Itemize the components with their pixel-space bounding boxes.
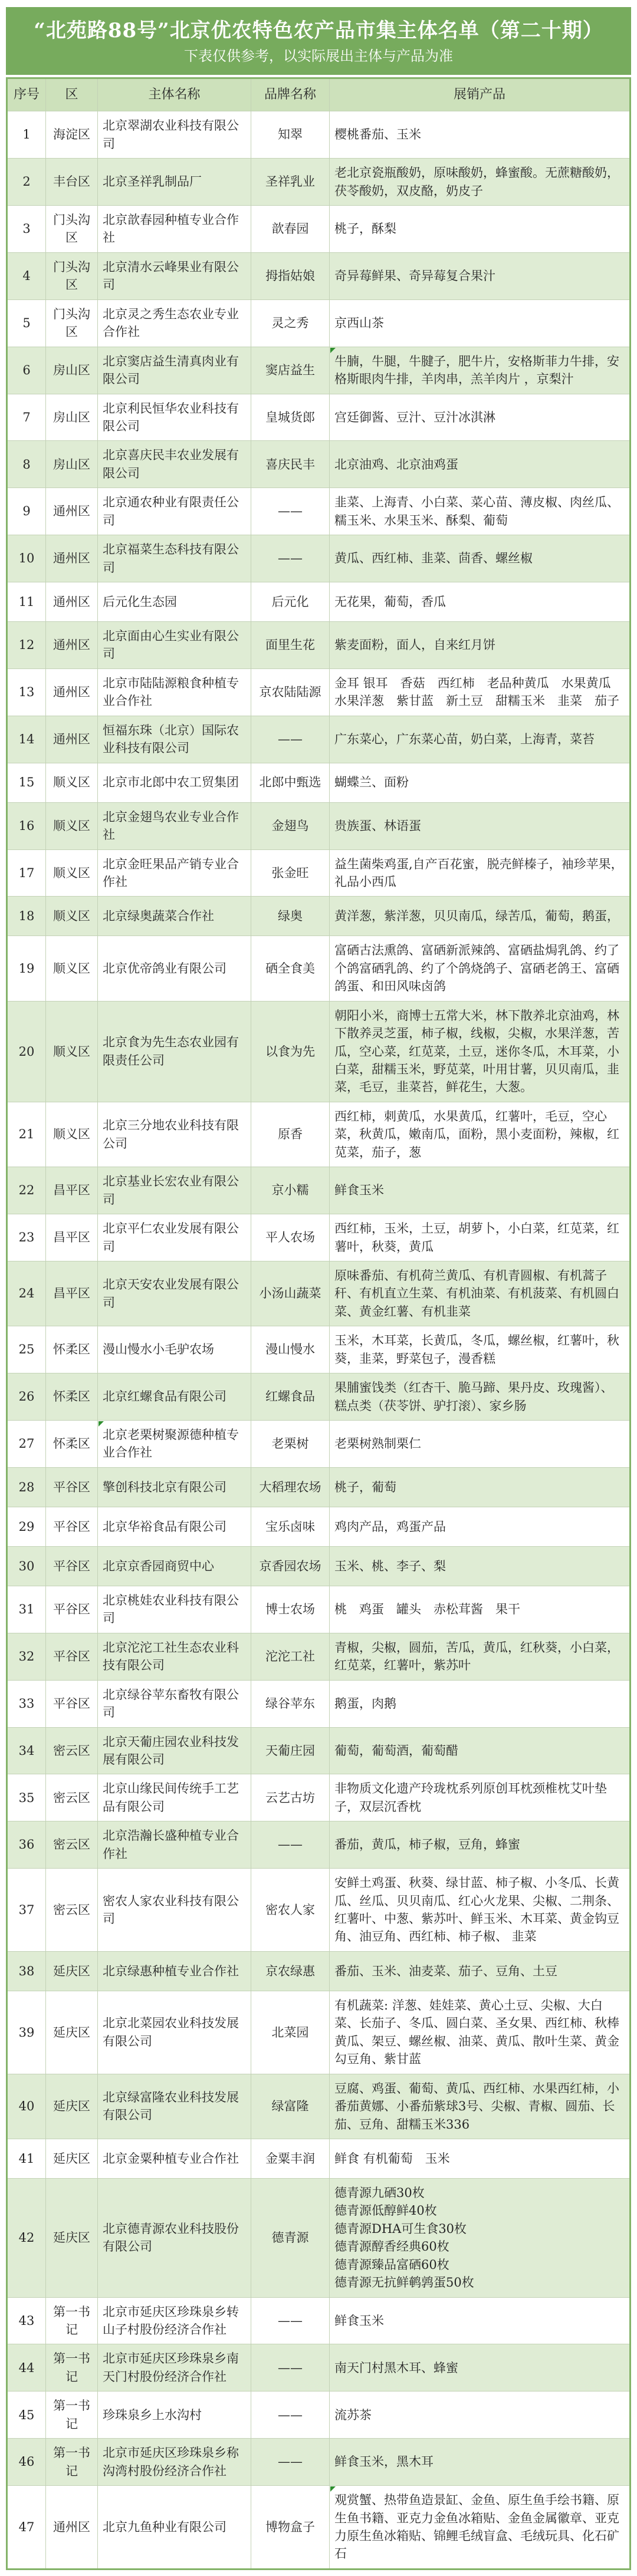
header-row: 序号 区 主体名称 品牌名称 展销产品 [7,78,631,111]
brand-name-cell: 漫山慢水 [251,1326,330,1373]
brand-name-cell: —— [251,2439,330,2486]
products-cell: 德青源九硒30枚 德青源低醇鲜40枚 德青源DHA可生食30枚 德青源醇香经典6… [330,2178,631,2297]
district-cell: 门头沟区 [46,206,98,253]
table-row: 39延庆区北京北菜园农业科技发展有限公司北菜园有机蔬菜: 洋葱、娃娃菜、黄心土豆… [7,1991,631,2074]
table-row: 12通州区北京面由心生实业有限公司面里生花紫麦面粉，面人，自来红月饼 [7,622,631,669]
row-number-cell: 31 [7,1586,46,1633]
page-subtitle: 下表仅供参考，以实际展出主体与产品为准 [11,47,626,65]
row-number-cell: 6 [7,347,46,394]
products-cell: 无花果，葡萄，香瓜 [330,582,631,622]
brand-name-cell: 老栗树 [251,1421,330,1468]
products-cell: 鲜食玉米，黑木耳 [330,2439,631,2486]
products-cell: 葡萄，葡萄酒，葡萄醋 [330,1727,631,1774]
products-cell: 广东菜心，广东菜心苗，奶白菜，上海青，菜苔 [330,716,631,763]
entity-name-cell: 北京福菜生态科技有限公司 [98,535,251,582]
district-cell: 第一书记 [46,2344,98,2391]
page: “北苑路88号”北京优农特色农产品市集主体名单（第二十期） 下表仅供参考，以实际… [0,0,637,2576]
products-cell: 老北京瓷瓶酸奶，原味酸奶，蜂蜜酸。无蔗糖酸奶，茯苓酸奶，双皮酪，奶皮子 [330,159,631,206]
products-cell: 鲜食 有机葡萄 玉米 [330,2139,631,2178]
entity-name-cell: 北京市延庆区珍珠泉乡转山子村股份经济合作社 [98,2297,251,2344]
district-cell: 密云区 [46,1774,98,1821]
products-cell: 鲜食玉米 [330,1167,631,1214]
district-cell: 延庆区 [46,2178,98,2297]
page-title: “北苑路88号”北京优农特色农产品市集主体名单（第二十期） [11,18,626,44]
row-number-cell: 7 [7,394,46,441]
district-cell: 通州区 [46,668,98,716]
row-number-cell: 11 [7,582,46,622]
comment-flag-icon [98,1421,104,1427]
brand-name-cell: 灵之秀 [251,299,330,347]
district-cell: 通州区 [46,716,98,763]
district-cell: 通州区 [46,582,98,622]
entity-name-cell: 北京金翅鸟农业专业合作社 [98,802,251,849]
products-cell: 宫廷御酱、豆汁、豆汁冰淇淋 [330,394,631,441]
district-cell: 顺义区 [46,1001,98,1102]
row-number-cell: 5 [7,299,46,347]
products-cell: 朝阳小米，商博士五常大米，林下散养北京油鸡，林下散养灵芝蛋，柿子椒，线椒，尖椒，… [330,1001,631,1102]
brand-name-cell: 绿谷苹东 [251,1680,330,1727]
products-cell: 牛腩，牛腿，牛腱子，肥牛片，安格斯菲力牛排，安格斯眼肉牛排，羊肉串，羔羊肉片 ，… [330,347,631,394]
table-row: 15顺义区北京市北郎中农工贸集团北郎中甄选蝴蝶兰、面粉 [7,763,631,802]
brand-name-cell: 绿富隆 [251,2074,330,2139]
district-cell: 顺义区 [46,897,98,936]
products-cell: 鲜食玉米 [330,2297,631,2344]
row-number-cell: 41 [7,2139,46,2178]
district-cell: 通州区 [46,622,98,669]
row-number-cell: 43 [7,2297,46,2344]
products-cell: 紫麦面粉，面人，自来红月饼 [330,622,631,669]
row-number-cell: 32 [7,1633,46,1680]
row-number-cell: 34 [7,1727,46,1774]
district-cell: 平谷区 [46,1633,98,1680]
row-number-cell: 3 [7,206,46,253]
row-number-cell: 45 [7,2391,46,2439]
brand-name-cell: 原香 [251,1102,330,1167]
entity-name-cell: 北京优帝鸽业有限公司 [98,936,251,1001]
district-cell: 怀柔区 [46,1326,98,1373]
row-number-cell: 23 [7,1214,46,1261]
district-cell: 昌平区 [46,1261,98,1326]
brand-name-cell: 北菜园 [251,1991,330,2074]
row-number-cell: 19 [7,936,46,1001]
entity-name-cell: 密农人家农业科技有限公司 [98,1869,251,1952]
entity-name-cell: 北京红螺食品有限公司 [98,1373,251,1421]
products-cell: 黄洋葱，紫洋葱，贝贝南瓜，绿苦瓜，葡萄，鹅蛋， [330,897,631,936]
brand-name-cell: 绿奥 [251,897,330,936]
brand-name-cell: 沱沱工社 [251,1633,330,1680]
district-cell: 第一书记 [46,2439,98,2486]
products-cell: 玉米、桃、李子、梨 [330,1546,631,1586]
products-cell: 韭菜、上海青、小白菜、菜心苗、薄皮椒、肉丝瓜、糯玉米、水果玉米、酥梨、葡萄 [330,488,631,535]
table-row: 37密云区密农人家农业科技有限公司密农人家安鲜土鸡蛋、秋葵、绿甘蓝、柿子椒、小冬… [7,1869,631,1952]
table-row: 31平谷区北京桃娃农业科技有限公司博士农场桃 鸡蛋 罐头 赤松茸酱 果干 [7,1586,631,1633]
district-cell: 房山区 [46,394,98,441]
district-cell: 密云区 [46,1727,98,1774]
entity-name-cell: 北京德青源农业科技股份有限公司 [98,2178,251,2297]
entity-name-cell: 北京清水云峰果业有限公司 [98,252,251,299]
district-cell: 丰台区 [46,159,98,206]
brand-name-cell: —— [251,1821,330,1869]
district-cell: 顺义区 [46,763,98,802]
brand-name-cell: 云艺古坊 [251,1774,330,1821]
entity-name-cell: 北京喜庆民丰农业发展有限公司 [98,441,251,488]
row-number-cell: 24 [7,1261,46,1326]
district-cell: 顺义区 [46,849,98,897]
row-number-cell: 39 [7,1991,46,2074]
row-number-cell: 1 [7,111,46,159]
products-cell: 鸡肉产品，鸡蛋产品 [330,1507,631,1546]
products-cell: 安鲜土鸡蛋、秋葵、绿甘蓝、柿子椒、小冬瓜、长黄瓜、丝瓜、贝贝南瓜、红心火龙果、尖… [330,1869,631,1952]
entity-name-cell: 后元化生态园 [98,582,251,622]
products-cell: 金耳 银耳 香菇 西红柿 老品种黄瓜 水果黄瓜 水果洋葱 紫甘蓝 新土豆 甜糯玉… [330,668,631,716]
entity-name-cell: 北京山缘民间传统手工艺品有限公司 [98,1774,251,1821]
brand-name-cell: 大稻理农场 [251,1467,330,1507]
district-cell: 顺义区 [46,936,98,1001]
entity-name-cell: 北京利民恒华农业科技有限公司 [98,394,251,441]
products-cell: 樱桃番茄、玉米 [330,111,631,159]
row-number-cell: 26 [7,1373,46,1421]
products-cell: 观赏蟹、热带鱼造景缸、金鱼、原生鱼手绘书籍、原生鱼书籍、亚克力金鱼冰箱贴、金鱼金… [330,2486,631,2570]
brand-name-cell: 京农绿惠 [251,1951,330,1991]
market-entities-table: 序号 区 主体名称 品牌名称 展销产品 1海淀区北京翠湖农业科技有限公司知翠樱桃… [6,77,631,2570]
products-cell: 豆腐、鸡蛋、葡萄、黄瓜、西红柿、水果西红柿，小番茄黄娜、小番茄紫球3号、尖椒、青… [330,2074,631,2139]
district-cell: 怀柔区 [46,1373,98,1421]
brand-name-cell: 京香园农场 [251,1546,330,1586]
table-row: 40延庆区北京绿富隆农业科技发展有限公司绿富隆豆腐、鸡蛋、葡萄、黄瓜、西红柿、水… [7,2074,631,2139]
brand-name-cell: 金粟丰润 [251,2139,330,2178]
products-cell: 黄瓜、西红柿、韭菜、茴香、螺丝椒 [330,535,631,582]
entity-name-cell: 北京灵之秀生态农业专业合作社 [98,299,251,347]
district-cell: 通州区 [46,535,98,582]
table-row: 22昌平区北京基业长宏农业有限公司京小糯鲜食玉米 [7,1167,631,1214]
entity-name-cell: 北京市延庆区珍珠泉乡南天门村股份经济合作社 [98,2344,251,2391]
row-number-cell: 30 [7,1546,46,1586]
entity-name-cell: 北京北菜园农业科技发展有限公司 [98,1991,251,2074]
table-row: 17顺义区北京金旺果品产销专业合作社张金旺益生菌柴鸡蛋,自产百花蜜，脱壳鲜榛子，… [7,849,631,897]
table-row: 25怀柔区漫山慢水小毛驴农场漫山慢水玉米，木耳菜，长黄瓜，冬瓜，螺丝椒，红薯叶，… [7,1326,631,1373]
products-cell: 流苏茶 [330,2391,631,2439]
comment-flag-icon [330,348,336,353]
district-cell: 海淀区 [46,111,98,159]
row-number-cell: 29 [7,1507,46,1546]
district-cell: 通州区 [46,488,98,535]
district-cell: 怀柔区 [46,1421,98,1468]
table-row: 24昌平区北京天安农业发展有限公司小汤山蔬菜原味番茄、有机荷兰黄瓜、有机青圆椒、… [7,1261,631,1326]
table-row: 43第一书记北京市延庆区珍珠泉乡转山子村股份经济合作社——鲜食玉米 [7,2297,631,2344]
entity-name-cell: 珍珠泉乡上水沟村 [98,2391,251,2439]
district-cell: 房山区 [46,347,98,394]
column-header-products: 展销产品 [330,78,631,111]
table-row: 34密云区北京天葡庄园农业科技发展有限公司天葡庄园葡萄，葡萄酒，葡萄醋 [7,1727,631,1774]
brand-name-cell: 北郎中甄选 [251,763,330,802]
brand-name-cell: —— [251,2344,330,2391]
brand-name-cell: 窦店益生 [251,347,330,394]
brand-name-cell: —— [251,535,330,582]
brand-name-cell: 知翠 [251,111,330,159]
brand-name-cell: 小汤山蔬菜 [251,1261,330,1326]
entity-name-cell: 北京天葡庄园农业科技发展有限公司 [98,1727,251,1774]
table-row: 7房山区北京利民恒华农业科技有限公司皇城货郎宫廷御酱、豆汁、豆汁冰淇淋 [7,394,631,441]
entity-name-cell: 北京面由心生实业有限公司 [98,622,251,669]
products-cell: 原味番茄、有机荷兰黄瓜、有机青圆椒、有机蒿子秆、有机直立生菜、有机油菜、有机菠菜… [330,1261,631,1326]
brand-name-cell: 后元化 [251,582,330,622]
row-number-cell: 40 [7,2074,46,2139]
column-header-brand: 品牌名称 [251,78,330,111]
entity-name-cell: 北京桃娃农业科技有限公司 [98,1586,251,1633]
products-cell: 番茄，黄瓜，柿子椒，豆角，蜂蜜 [330,1821,631,1869]
column-header-entity: 主体名称 [98,78,251,111]
row-number-cell: 38 [7,1951,46,1991]
products-cell: 益生菌柴鸡蛋,自产百花蜜，脱壳鲜榛子，袖珍苹果，礼品小西瓜 [330,849,631,897]
table-row: 23昌平区北京平仁农业发展有限公司平人农场西红柿，玉米，土豆，胡萝卜，小白菜，红… [7,1214,631,1261]
products-cell: 富硒古法熏鸽、富硒新派辣鸽、富硒盐焗乳鸽、约了个鸽富硒乳鸽、约了个鸽烧鸽子、富硒… [330,936,631,1001]
products-cell: 蝴蝶兰、面粉 [330,763,631,802]
table-row: 45第一书记珍珠泉乡上水沟村——流苏茶 [7,2391,631,2439]
products-cell: 桃 鸡蛋 罐头 赤松茸酱 果干 [330,1586,631,1633]
entity-name-cell: 北京沱沱工社生态农业科技有限公司 [98,1633,251,1680]
table-row: 18顺义区北京绿奥蔬菜合作社绿奥黄洋葱，紫洋葱，贝贝南瓜，绿苦瓜，葡萄，鹅蛋， [7,897,631,936]
table-row: 47通州区北京九鱼种业有限公司博物盒子观赏蟹、热带鱼造景缸、金鱼、原生鱼手绘书籍… [7,2486,631,2570]
brand-name-cell: 张金旺 [251,849,330,897]
row-number-cell: 4 [7,252,46,299]
district-cell: 顺义区 [46,1102,98,1167]
products-cell: 奇异莓鲜果、奇异莓复合果汁 [330,252,631,299]
title-banner: “北苑路88号”北京优农特色农产品市集主体名单（第二十期） 下表仅供参考，以实际… [6,7,631,75]
row-number-cell: 47 [7,2486,46,2570]
table-row: 28平谷区擎创科技北京有限公司大稻理农场桃子，葡萄 [7,1467,631,1507]
table-row: 2丰台区北京圣祥乳制品厂圣祥乳业老北京瓷瓶酸奶，原味酸奶，蜂蜜酸。无蔗糖酸奶，茯… [7,159,631,206]
entity-name-cell: 北京浩瀚长盛种植专业合作社 [98,1821,251,1869]
entity-name-cell: 北京窦店益生清真肉业有限公司 [98,347,251,394]
table-row: 38延庆区北京绿惠种植专业合作社京农绿惠番茄、玉米、油麦菜、茄子、豆角、土豆 [7,1951,631,1991]
row-number-cell: 42 [7,2178,46,2297]
row-number-cell: 12 [7,622,46,669]
table-row: 46第一书记北京市延庆区珍珠泉乡称沟湾村股份经济合作社——鲜食玉米，黑木耳 [7,2439,631,2486]
entity-name-cell: 北京食为先生态农业园有限责任公司 [98,1001,251,1102]
products-cell: 贵族蛋、林语蛋 [330,802,631,849]
table-row: 3门头沟区北京歆春园种植专业合作社歆春园桃子，酥梨 [7,206,631,253]
table-row: 30平谷区北京京香园商贸中心京香园农场玉米、桃、李子、梨 [7,1546,631,1586]
entity-name-cell: 北京市北郎中农工贸集团 [98,763,251,802]
district-cell: 第一书记 [46,2391,98,2439]
brand-name-cell: 京农陆陆源 [251,668,330,716]
district-cell: 平谷区 [46,1507,98,1546]
entity-name-cell: 北京金粟种植专业合作社 [98,2139,251,2178]
table-row: 16顺义区北京金翅鸟农业专业合作社金翅鸟贵族蛋、林语蛋 [7,802,631,849]
entity-name-cell: 北京绿惠种植专业合作社 [98,1951,251,1991]
brand-name-cell: 天葡庄园 [251,1727,330,1774]
brand-name-cell: 德青源 [251,2178,330,2297]
products-cell: 桃子，葡萄 [330,1467,631,1507]
products-cell: 老栗树熟制栗仁 [330,1421,631,1468]
district-cell: 密云区 [46,1869,98,1952]
brand-name-cell: 密农人家 [251,1869,330,1952]
district-cell: 通州区 [46,2486,98,2570]
entity-name-cell: 恒福东珠（北京）国际农业科技有限公司 [98,716,251,763]
row-number-cell: 13 [7,668,46,716]
products-cell: 南天门村黑木耳、蜂蜜 [330,2344,631,2391]
products-cell: 北京油鸡、北京油鸡蛋 [330,441,631,488]
row-number-cell: 25 [7,1326,46,1373]
row-number-cell: 36 [7,1821,46,1869]
row-number-cell: 33 [7,1680,46,1727]
products-cell: 有机蔬菜: 洋葱、娃娃菜、黄心土豆、尖椒、大白菜、长茄子、冬瓜、圆白菜、圣女果、… [330,1991,631,2074]
row-number-cell: 35 [7,1774,46,1821]
table-row: 42延庆区北京德青源农业科技股份有限公司德青源德青源九硒30枚 德青源低醇鲜40… [7,2178,631,2297]
row-number-cell: 20 [7,1001,46,1102]
district-cell: 延庆区 [46,1951,98,1991]
table-row: 10通州区北京福菜生态科技有限公司——黄瓜、西红柿、韭菜、茴香、螺丝椒 [7,535,631,582]
brand-name-cell: 红螺食品 [251,1373,330,1421]
row-number-cell: 16 [7,802,46,849]
products-cell: 鹅蛋，肉鹅 [330,1680,631,1727]
brand-name-cell: 喜庆民丰 [251,441,330,488]
entity-name-cell: 北京老栗树聚源德种植专业合作社 [98,1421,251,1468]
row-number-cell: 28 [7,1467,46,1507]
entity-name-cell: 北京市陆陆源粮食种植专业合作社 [98,668,251,716]
row-number-cell: 17 [7,849,46,897]
district-cell: 平谷区 [46,1680,98,1727]
entity-name-cell: 北京平仁农业发展有限公司 [98,1214,251,1261]
column-header-no: 序号 [7,78,46,111]
entity-name-cell: 北京京香园商贸中心 [98,1546,251,1586]
brand-name-cell: 博物盒子 [251,2486,330,2570]
brand-name-cell: 宝乐卤味 [251,1507,330,1546]
entity-name-cell: 北京基业长宏农业有限公司 [98,1167,251,1214]
products-cell: 京西山茶 [330,299,631,347]
products-cell: 青椒，尖椒，圆茄，苦瓜，黄瓜，红秋葵，小白菜，红苋菜，红薯叶，紫苏叶 [330,1633,631,1680]
table-row: 41延庆区北京金粟种植专业合作社金粟丰润鲜食 有机葡萄 玉米 [7,2139,631,2178]
row-number-cell: 46 [7,2439,46,2486]
row-number-cell: 27 [7,1421,46,1468]
entity-name-cell: 北京圣祥乳制品厂 [98,159,251,206]
district-cell: 延庆区 [46,1991,98,2074]
entity-name-cell: 北京绿谷苹东畜牧有限公司 [98,1680,251,1727]
district-cell: 平谷区 [46,1467,98,1507]
products-cell: 桃子，酥梨 [330,206,631,253]
entity-name-cell: 北京翠湖农业科技有限公司 [98,111,251,159]
row-number-cell: 14 [7,716,46,763]
entity-name-cell: 漫山慢水小毛驴农场 [98,1326,251,1373]
brand-name-cell: 以食为先 [251,1001,330,1102]
comment-flag-icon [330,2486,336,2492]
entity-name-cell: 北京华裕食品有限公司 [98,1507,251,1546]
district-cell: 房山区 [46,441,98,488]
row-number-cell: 15 [7,763,46,802]
brand-name-cell: —— [251,716,330,763]
row-number-cell: 21 [7,1102,46,1167]
entity-name-cell: 北京市延庆区珍珠泉乡称沟湾村股份经济合作社 [98,2439,251,2486]
entity-name-cell: 擎创科技北京有限公司 [98,1467,251,1507]
table-row: 26怀柔区北京红螺食品有限公司红螺食品果脯蜜饯类（红杏干、脆马蹄、果丹皮、玫瑰酱… [7,1373,631,1421]
district-cell: 昌平区 [46,1214,98,1261]
entity-name-cell: 北京天安农业发展有限公司 [98,1261,251,1326]
row-number-cell: 22 [7,1167,46,1214]
products-cell: 西红柿，刺黄瓜，水果黄瓜，红薯叶，毛豆，空心菜，秋黄瓜，嫩南瓜，面粉，黑小麦面粉… [330,1102,631,1167]
products-cell: 果脯蜜饯类（红杏干、脆马蹄、果丹皮、玫瑰酱）、糕点类（茯苓饼、驴打滚）、家乡肠 [330,1373,631,1421]
row-number-cell: 8 [7,441,46,488]
row-number-cell: 37 [7,1869,46,1952]
district-cell: 第一书记 [46,2297,98,2344]
table-row: 11通州区后元化生态园后元化无花果，葡萄，香瓜 [7,582,631,622]
table-row: 1海淀区北京翠湖农业科技有限公司知翠樱桃番茄、玉米 [7,111,631,159]
entity-name-cell: 北京通农种业有限责任公司 [98,488,251,535]
products-cell: 玉米，木耳菜，长黄瓜，冬瓜，螺丝椒，红薯叶，秋葵，韭菜，野菜包子，漫香糕 [330,1326,631,1373]
table-row: 29平谷区北京华裕食品有限公司宝乐卤味鸡肉产品，鸡蛋产品 [7,1507,631,1546]
brand-name-cell: 金翅鸟 [251,802,330,849]
table-row: 14通州区恒福东珠（北京）国际农业科技有限公司——广东菜心，广东菜心苗，奶白菜，… [7,716,631,763]
table-row: 8房山区北京喜庆民丰农业发展有限公司喜庆民丰北京油鸡、北京油鸡蛋 [7,441,631,488]
row-number-cell: 10 [7,535,46,582]
district-cell: 昌平区 [46,1167,98,1214]
brand-name-cell: —— [251,488,330,535]
brand-name-cell: 歆春园 [251,206,330,253]
brand-name-cell: 博士农场 [251,1586,330,1633]
district-cell: 门头沟区 [46,252,98,299]
entity-name-cell: 北京三分地农业科技有限公司 [98,1102,251,1167]
row-number-cell: 44 [7,2344,46,2391]
table-row: 9通州区北京通农种业有限责任公司——韭菜、上海青、小白菜、菜心苗、薄皮椒、肉丝瓜… [7,488,631,535]
table-row: 13通州区北京市陆陆源粮食种植专业合作社京农陆陆源金耳 银耳 香菇 西红柿 老品… [7,668,631,716]
district-cell: 延庆区 [46,2139,98,2178]
table-row: 36密云区北京浩瀚长盛种植专业合作社——番茄，黄瓜，柿子椒，豆角，蜂蜜 [7,1821,631,1869]
entity-name-cell: 北京九鱼种业有限公司 [98,2486,251,2570]
brand-name-cell: 硒全食美 [251,936,330,1001]
brand-name-cell: 拇指姑娘 [251,252,330,299]
brand-name-cell: 平人农场 [251,1214,330,1261]
brand-name-cell: —— [251,2391,330,2439]
table-row: 44第一书记北京市延庆区珍珠泉乡南天门村股份经济合作社——南天门村黑木耳、蜂蜜 [7,2344,631,2391]
table-row: 4门头沟区北京清水云峰果业有限公司拇指姑娘奇异莓鲜果、奇异莓复合果汁 [7,252,631,299]
table-row: 32平谷区北京沱沱工社生态农业科技有限公司沱沱工社青椒，尖椒，圆茄，苦瓜，黄瓜，… [7,1633,631,1680]
brand-name-cell: 面里生花 [251,622,330,669]
entity-name-cell: 北京歆春园种植专业合作社 [98,206,251,253]
table-row: 27怀柔区北京老栗树聚源德种植专业合作社老栗树老栗树熟制栗仁 [7,1421,631,1468]
entity-name-cell: 北京绿奥蔬菜合作社 [98,897,251,936]
table-row: 33平谷区北京绿谷苹东畜牧有限公司绿谷苹东鹅蛋，肉鹅 [7,1680,631,1727]
table-row: 5门头沟区北京灵之秀生态农业专业合作社灵之秀京西山茶 [7,299,631,347]
district-cell: 平谷区 [46,1586,98,1633]
products-cell: 非物质文化遗产玲珑枕系列原创耳枕颈椎枕艾叶垫子，双层沉香枕 [330,1774,631,1821]
entity-name-cell: 北京金旺果品产销专业合作社 [98,849,251,897]
brand-name-cell: —— [251,2297,330,2344]
entity-name-cell: 北京绿富隆农业科技发展有限公司 [98,2074,251,2139]
district-cell: 平谷区 [46,1546,98,1586]
products-cell: 西红柿，玉米，土豆，胡萝卜，小白菜，红苋菜，红薯叶，秋葵，黄瓜 [330,1214,631,1261]
row-number-cell: 18 [7,897,46,936]
table-row: 35密云区北京山缘民间传统手工艺品有限公司云艺古坊非物质文化遗产玲珑枕系列原创耳… [7,1774,631,1821]
table-row: 19顺义区北京优帝鸽业有限公司硒全食美富硒古法熏鸽、富硒新派辣鸽、富硒盐焗乳鸽、… [7,936,631,1001]
district-cell: 顺义区 [46,802,98,849]
column-header-district: 区 [46,78,98,111]
district-cell: 密云区 [46,1821,98,1869]
brand-name-cell: 皇城货郎 [251,394,330,441]
brand-name-cell: 圣祥乳业 [251,159,330,206]
district-cell: 延庆区 [46,2074,98,2139]
row-number-cell: 9 [7,488,46,535]
products-cell: 番茄、玉米、油麦菜、茄子、豆角、土豆 [330,1951,631,1991]
district-cell: 门头沟区 [46,299,98,347]
row-number-cell: 2 [7,159,46,206]
table-row: 6房山区北京窦店益生清真肉业有限公司窦店益生牛腩，牛腿，牛腱子，肥牛片，安格斯菲… [7,347,631,394]
brand-name-cell: 京小糯 [251,1167,330,1214]
table-row: 21顺义区北京三分地农业科技有限公司原香西红柿，刺黄瓜，水果黄瓜，红薯叶，毛豆，… [7,1102,631,1167]
table-row: 20顺义区北京食为先生态农业园有限责任公司以食为先朝阳小米，商博士五常大米，林下… [7,1001,631,1102]
